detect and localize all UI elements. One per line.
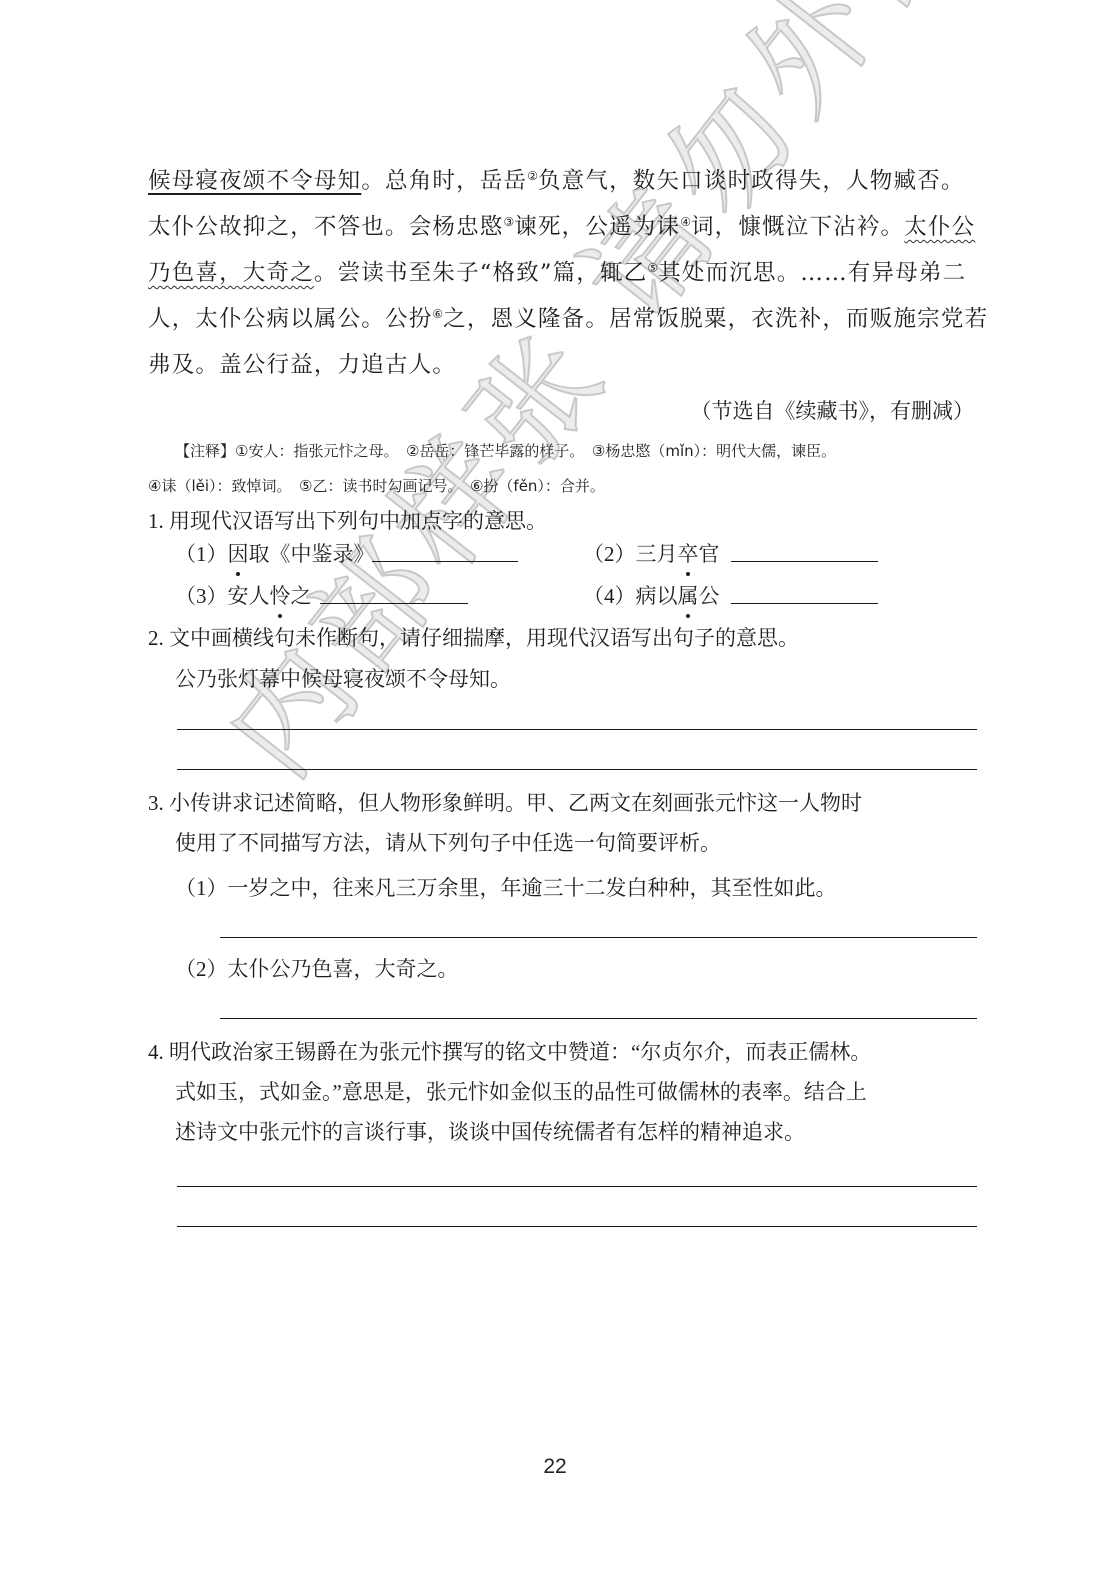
item-number: （1） [175,876,228,900]
answer-blank-1[interactable] [372,561,518,562]
answer-blank-3[interactable] [320,603,468,604]
question-3-prompt-line-1: 3. 小传讲求记述简略，但人物形象鲜明。甲、乙两文在刻画张元忭这一人物时 [148,787,862,817]
question-2-prompt: 2. 文中画横线句未作断句，请仔细揣摩，用现代汉语写出句子的意思。 [148,622,799,652]
item-text: 取《中鉴录》 [249,542,375,566]
answer-blank-4[interactable] [731,603,878,604]
item-text: 病以 [636,584,678,608]
item-text: 一岁之中，往来凡三万余里，年逾三十二发白种种，其至性如此。 [228,876,837,900]
passage-text: 负意气，数矢口谈时政得失，人物臧否。 [538,168,965,194]
item-number: （3） [175,584,228,608]
item-number: （4） [583,584,636,608]
item-text: 官 [699,542,720,566]
passage-text: 人，太仆公病以属公。公扮 [148,306,432,332]
q3-item-1: （1）一岁之中，往来凡三万余里，年逾三十二发白种种，其至性如此。 [175,872,837,902]
source-citation: （节选自《续藏书》，有删减） [691,395,975,425]
answer-line-q3-2[interactable] [220,1018,977,1019]
dotted-character: 属 [678,580,699,610]
question-4-prompt-line-2: 式如玉，式如金。”意思是，张元忭如金似玉的品性可做儒林的表率。结合上 [175,1076,867,1106]
item-text: 之 [291,584,312,608]
answer-line-q4-1[interactable] [177,1186,977,1187]
item-number: （2） [175,957,228,981]
passage-line-4: 人，太仆公病以属公。公扮⑥之，恩义隆备。居常饭脱粟，衣洗补，而贩施宗党若 [148,301,988,333]
underlined-sentence: 候母寝夜颂不令母知 [148,168,361,194]
wavy-underlined-sentence-start: 太仆公 [904,214,975,240]
question-4-prompt-line-1: 4. 明代政治家王锡爵在为张元忭撰写的铭文中赞道：“尔贞尔介，而表正儒林。 [148,1036,871,1066]
dotted-character: 因 [228,538,249,568]
dotted-character: 怜 [270,580,291,610]
annotation-line-1: 【注释】①安人：指张元忭之母。 ②岳岳：锋芒毕露的样子。 ③杨忠愍（mǐn）：明… [175,440,836,461]
passage-line-5: 弗及。盖公行益，力追古人。 [148,347,456,379]
answer-line-q2-1[interactable] [177,729,977,730]
passage-text: 太仆公故抑之，不答也。会杨忠愍 [148,214,504,240]
item-number: （1） [175,542,228,566]
item-text: 安人 [228,584,270,608]
passage-text: 谏死，公遥为诔 [514,214,680,240]
answer-line-q2-2[interactable] [177,769,977,770]
passage-line-3: 乃色喜，大奇之。尝读书至朱子“格致”篇，辄乙⑤其处而沉思。……有异母弟二 [148,255,966,287]
note-marker-4: ④ [680,215,691,229]
answer-line-q3-1[interactable] [220,937,977,938]
page-number: 22 [0,1455,1110,1479]
item-text: 太仆公乃色喜，大奇之。 [228,957,459,981]
passage-text: 弗及。盖公行益，力追古人。 [148,352,456,378]
q1-item-1: （1）因取《中鉴录》 [175,538,375,568]
note-marker-5: ⑤ [647,261,658,275]
q1-item-3: （3）安人怜之 [175,580,312,610]
answer-blank-2[interactable] [731,561,878,562]
item-text: 三月 [636,542,678,566]
question-3-prompt-line-2: 使用了不同描写方法，请从下列句子中任选一句简要评析。 [175,827,721,857]
dotted-character: 卒 [678,538,699,568]
note-marker-2: ② [527,169,538,183]
q1-item-2: （2）三月卒官 [583,538,720,568]
annotation-line-2: ④诔（lěi）：致悼词。 ⑤乙：读书时勾画记号。 ⑥扮（fěn）：合并。 [148,475,605,496]
note-marker-6: ⑥ [432,307,443,321]
wavy-underlined-sentence-end: 乃色喜，大奇之 [148,260,314,286]
question-1-prompt: 1. 用现代汉语写出下列句中加点字的意思。 [148,505,547,535]
passage-line-2: 太仆公故抑之，不答也。会杨忠愍③谏死，公遥为诔④词，慷慨泣下沾衿。太仆公 [148,209,975,241]
q1-item-4: （4）病以属公 [583,580,720,610]
passage-text: 。总角时，岳岳 [361,168,527,194]
question-4-prompt-line-3: 述诗文中张元忭的言谈行事，谈谈中国传统儒者有怎样的精神追求。 [175,1116,805,1146]
question-2-sentence: 公乃张灯幕中候母寝夜颂不令母知。 [175,663,511,693]
passage-text: 词，慷慨泣下沾衿。 [691,214,904,240]
passage-text: 。尝读书至朱子“格致”篇，辄乙 [314,260,648,286]
item-text: 公 [699,584,720,608]
passage-line-1: 候母寝夜颂不令母知。总角时，岳岳②负意气，数矢口谈时政得失，人物臧否。 [148,163,965,195]
passage-text: 其处而沉思。……有异母弟二 [658,260,966,286]
q3-item-2: （2）太仆公乃色喜，大奇之。 [175,953,459,983]
passage-text: 之，恩义隆备。居常饭脱粟，衣洗补，而贩施宗党若 [443,306,988,332]
item-number: （2） [583,542,636,566]
note-marker-3: ③ [504,215,515,229]
answer-line-q4-2[interactable] [177,1226,977,1227]
